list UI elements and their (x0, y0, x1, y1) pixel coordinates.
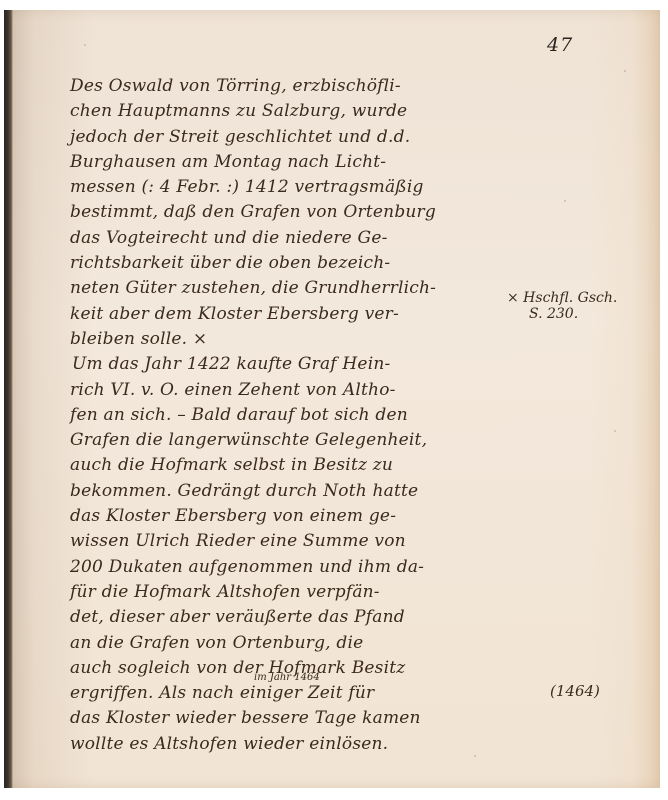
text-line: richtsbarkeit über die oben bezeich- (70, 251, 510, 276)
text-line: wollte es Altshofen wieder einlösen. (70, 732, 510, 757)
text-line: wissen Ulrich Rieder eine Summe von (70, 529, 510, 554)
text-line: neten Güter zustehen, die Grundherrlich- (70, 276, 510, 301)
text-line: Grafen die langerwünschte Gelegenheit, (70, 428, 510, 453)
text-line: det, dieser aber veräußerte das Pfand (70, 605, 510, 630)
page-number: 47 (547, 34, 573, 56)
margin-reference-note: × Hschfl. Gsch. S. 230. (507, 290, 617, 322)
paper-speck (564, 200, 566, 202)
paper-speck (614, 430, 616, 432)
handwritten-text-block: Des Oswald von Törring, erzbischöfli- ch… (70, 74, 510, 757)
book-binding-edge (4, 10, 13, 788)
paper-speck (84, 44, 86, 46)
text-line: ergriffen. Als nach einiger Zeit für (70, 681, 510, 706)
text-line: das Vogteirecht und die niedere Ge- (70, 226, 510, 251)
text-line: für die Hofmark Altshofen verpfän- (70, 580, 510, 605)
interlinear-annotation: im Jahr 1464 (254, 672, 320, 683)
text-line: bestimmt, daß den Grafen von Ortenburg (70, 200, 510, 225)
text-line: rich VI. v. O. einen Zehent von Altho- (70, 378, 510, 403)
text-line: 200 Dukaten aufgenommen und ihm da- (70, 555, 510, 580)
text-line: Burghausen am Montag nach Licht- (70, 150, 510, 175)
paper-speck (184, 740, 186, 742)
text-line: das Kloster Ebersberg von einem ge- (70, 504, 510, 529)
manuscript-page: 47 Des Oswald von Törring, erzbischöfli-… (4, 10, 660, 788)
text-line: messen (: 4 Febr. :) 1412 vertragsmäßig (70, 175, 510, 200)
margin-reference-source: × Hschfl. Gsch. (507, 290, 617, 306)
text-line: jedoch der Streit geschlichtet und d.d. (70, 125, 510, 150)
paper-speck (624, 70, 626, 72)
margin-year-note: (1464) (550, 682, 600, 700)
text-line: fen an sich. – Bald darauf bot sich den (70, 403, 510, 428)
text-line: chen Hauptmanns zu Salzburg, wurde (70, 99, 510, 124)
text-line: das Kloster wieder bessere Tage kamen (70, 706, 510, 731)
text-line: bleiben solle. × (70, 327, 510, 352)
text-line: an die Grafen von Ortenburg, die (70, 631, 510, 656)
margin-reference-page: S. 230. (507, 306, 617, 322)
text-line: bekommen. Gedrängt durch Noth hatte (70, 479, 510, 504)
text-line: Um das Jahr 1422 kaufte Graf Hein- (70, 352, 510, 377)
text-line: Des Oswald von Törring, erzbischöfli- (70, 74, 510, 99)
paper-speck (474, 755, 476, 757)
text-line: keit aber dem Kloster Ebersberg ver- (70, 302, 510, 327)
text-line: auch die Hofmark selbst in Besitz zu (70, 453, 510, 478)
